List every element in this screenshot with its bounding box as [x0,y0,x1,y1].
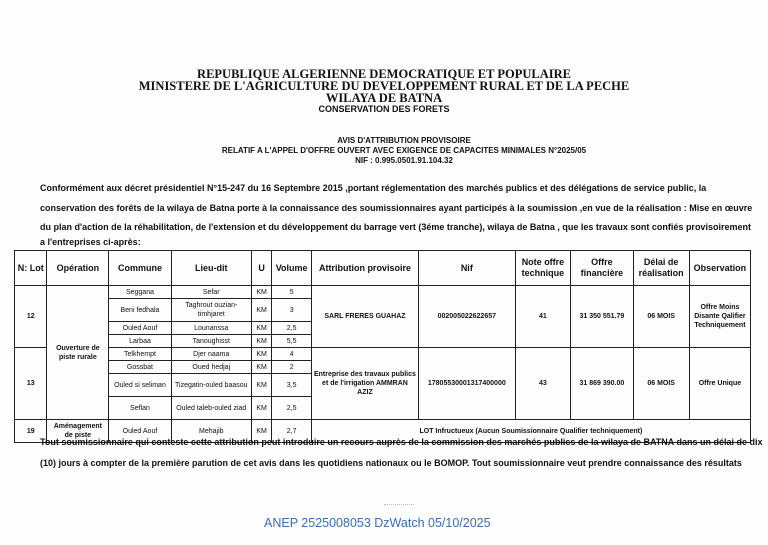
unit-cell: KM [251,299,272,322]
col-delai: Délai de réalisation [633,251,689,286]
volume-cell: 2 [272,361,311,374]
intro-line-1: Conformément aux décret présidentiel N°1… [40,183,768,193]
faded-mark [384,504,414,507]
offre-cell: 31 869 390.00 [571,348,633,420]
volume-cell: 2,5 [272,322,311,335]
unit-cell: KM [251,397,272,420]
header-conservation: CONSERVATION DES FORETS [0,104,768,115]
lieu-cell: Djer naama [171,348,251,361]
avis-nif: NIF : 0.995.0501.91.104.32 [20,156,768,166]
intro-line-3: du plan d'action de la réhabilitation, d… [40,222,768,232]
operation-cell: Ouverture de piste rurale [47,286,109,420]
delai-cell: 06 MOIS [633,286,689,348]
nif-cell: 17805530001317400000 [419,348,515,420]
lieu-cell: Ouled taleb-ouled ziad [171,397,251,420]
volume-cell: 2,5 [272,397,311,420]
lieu-cell: Lounanssa [171,322,251,335]
col-operation: Opération [47,251,109,286]
volume-cell: 5 [272,286,311,299]
col-nif: Nif [419,251,515,286]
unit-cell: KM [251,348,272,361]
delai-cell: 06 MOIS [633,348,689,420]
volume-cell: 3 [272,299,311,322]
anep-stamp: ANEP 2525008053 DzWatch 05/10/2025 [264,516,491,530]
unit-cell: KM [251,361,272,374]
col-offre: Offre financière [571,251,633,286]
nif-cell: 002005022622657 [419,286,515,348]
volume-cell: 3,5 [272,374,311,397]
avis-subtitle: RELATIF A L'APPEL D'OFFRE OUVERT AVEC EX… [20,146,768,156]
commune-cell: Telkhempt [109,348,171,361]
commune-cell: Ouled Aouf [109,322,171,335]
commune-cell: Ouled si seliman [109,374,171,397]
lieu-cell: Taghrout ouzian-timhjaret [171,299,251,322]
commune-cell: Gossbat [109,361,171,374]
avis-title: AVIS D'ATTRIBUTION PROVISOIRE [20,136,768,146]
lieu-cell: Tanoughisst [171,335,251,348]
commune-cell: Beni fedhala [109,299,171,322]
col-commune: Commune [109,251,171,286]
lieu-cell: Oued hedjaj [171,361,251,374]
lieu-cell: Tizegatin-ouled baasou [171,374,251,397]
col-observation: Observation [689,251,750,286]
col-lot: N: Lot [15,251,47,286]
col-volume: Volume [272,251,311,286]
observation-cell: Offre Moins Disante Qalifier Techniqueme… [689,286,750,348]
attribution-cell: SARL FRERES GUAHAZ [311,286,418,348]
note-cell: 41 [515,286,571,348]
notice-page: REPUBLIQUE ALGERIENNE DEMOCRATIQUE ET PO… [0,0,768,545]
unit-cell: KM [251,335,272,348]
col-attribution: Attribution provisoire [311,251,418,286]
table-row: 13 Telkhempt Djer naama KM 4 Entreprise … [15,348,751,361]
attribution-cell: Entreprise des travaux publics et de l'i… [311,348,418,420]
intro-line-4: a l'entreprises ci-après: [40,237,768,247]
unit-cell: KM [251,374,272,397]
note-cell: 43 [515,348,571,420]
lieu-cell: Sefar [171,286,251,299]
intro-line-2: conservation des forêts de la wilaya de … [40,203,768,213]
table-header-row: N: Lot Opération Commune Lieu-dit U Volu… [15,251,751,286]
commune-cell: Seggana [109,286,171,299]
observation-cell: Offre Unique [689,348,750,420]
unit-cell: KM [251,322,272,335]
col-unit: U [251,251,272,286]
attribution-table: N: Lot Opération Commune Lieu-dit U Volu… [14,250,751,443]
offre-cell: 31 350 551.79 [571,286,633,348]
footer-line-2: (10) jours à compter de la première paru… [40,458,742,468]
footer-line-1: Tout soumissionnaire qui conteste cette … [40,437,762,447]
col-lieu-dit: Lieu-dit [171,251,251,286]
table-row: 12 Ouverture de piste rurale Seggana Sef… [15,286,751,299]
commune-cell: Seflan [109,397,171,420]
volume-cell: 5,5 [272,335,311,348]
commune-cell: Larbaa [109,335,171,348]
col-note: Note offre technique [515,251,571,286]
lot-number: 13 [15,348,47,420]
lot-number: 12 [15,286,47,348]
volume-cell: 4 [272,348,311,361]
unit-cell: KM [251,286,272,299]
